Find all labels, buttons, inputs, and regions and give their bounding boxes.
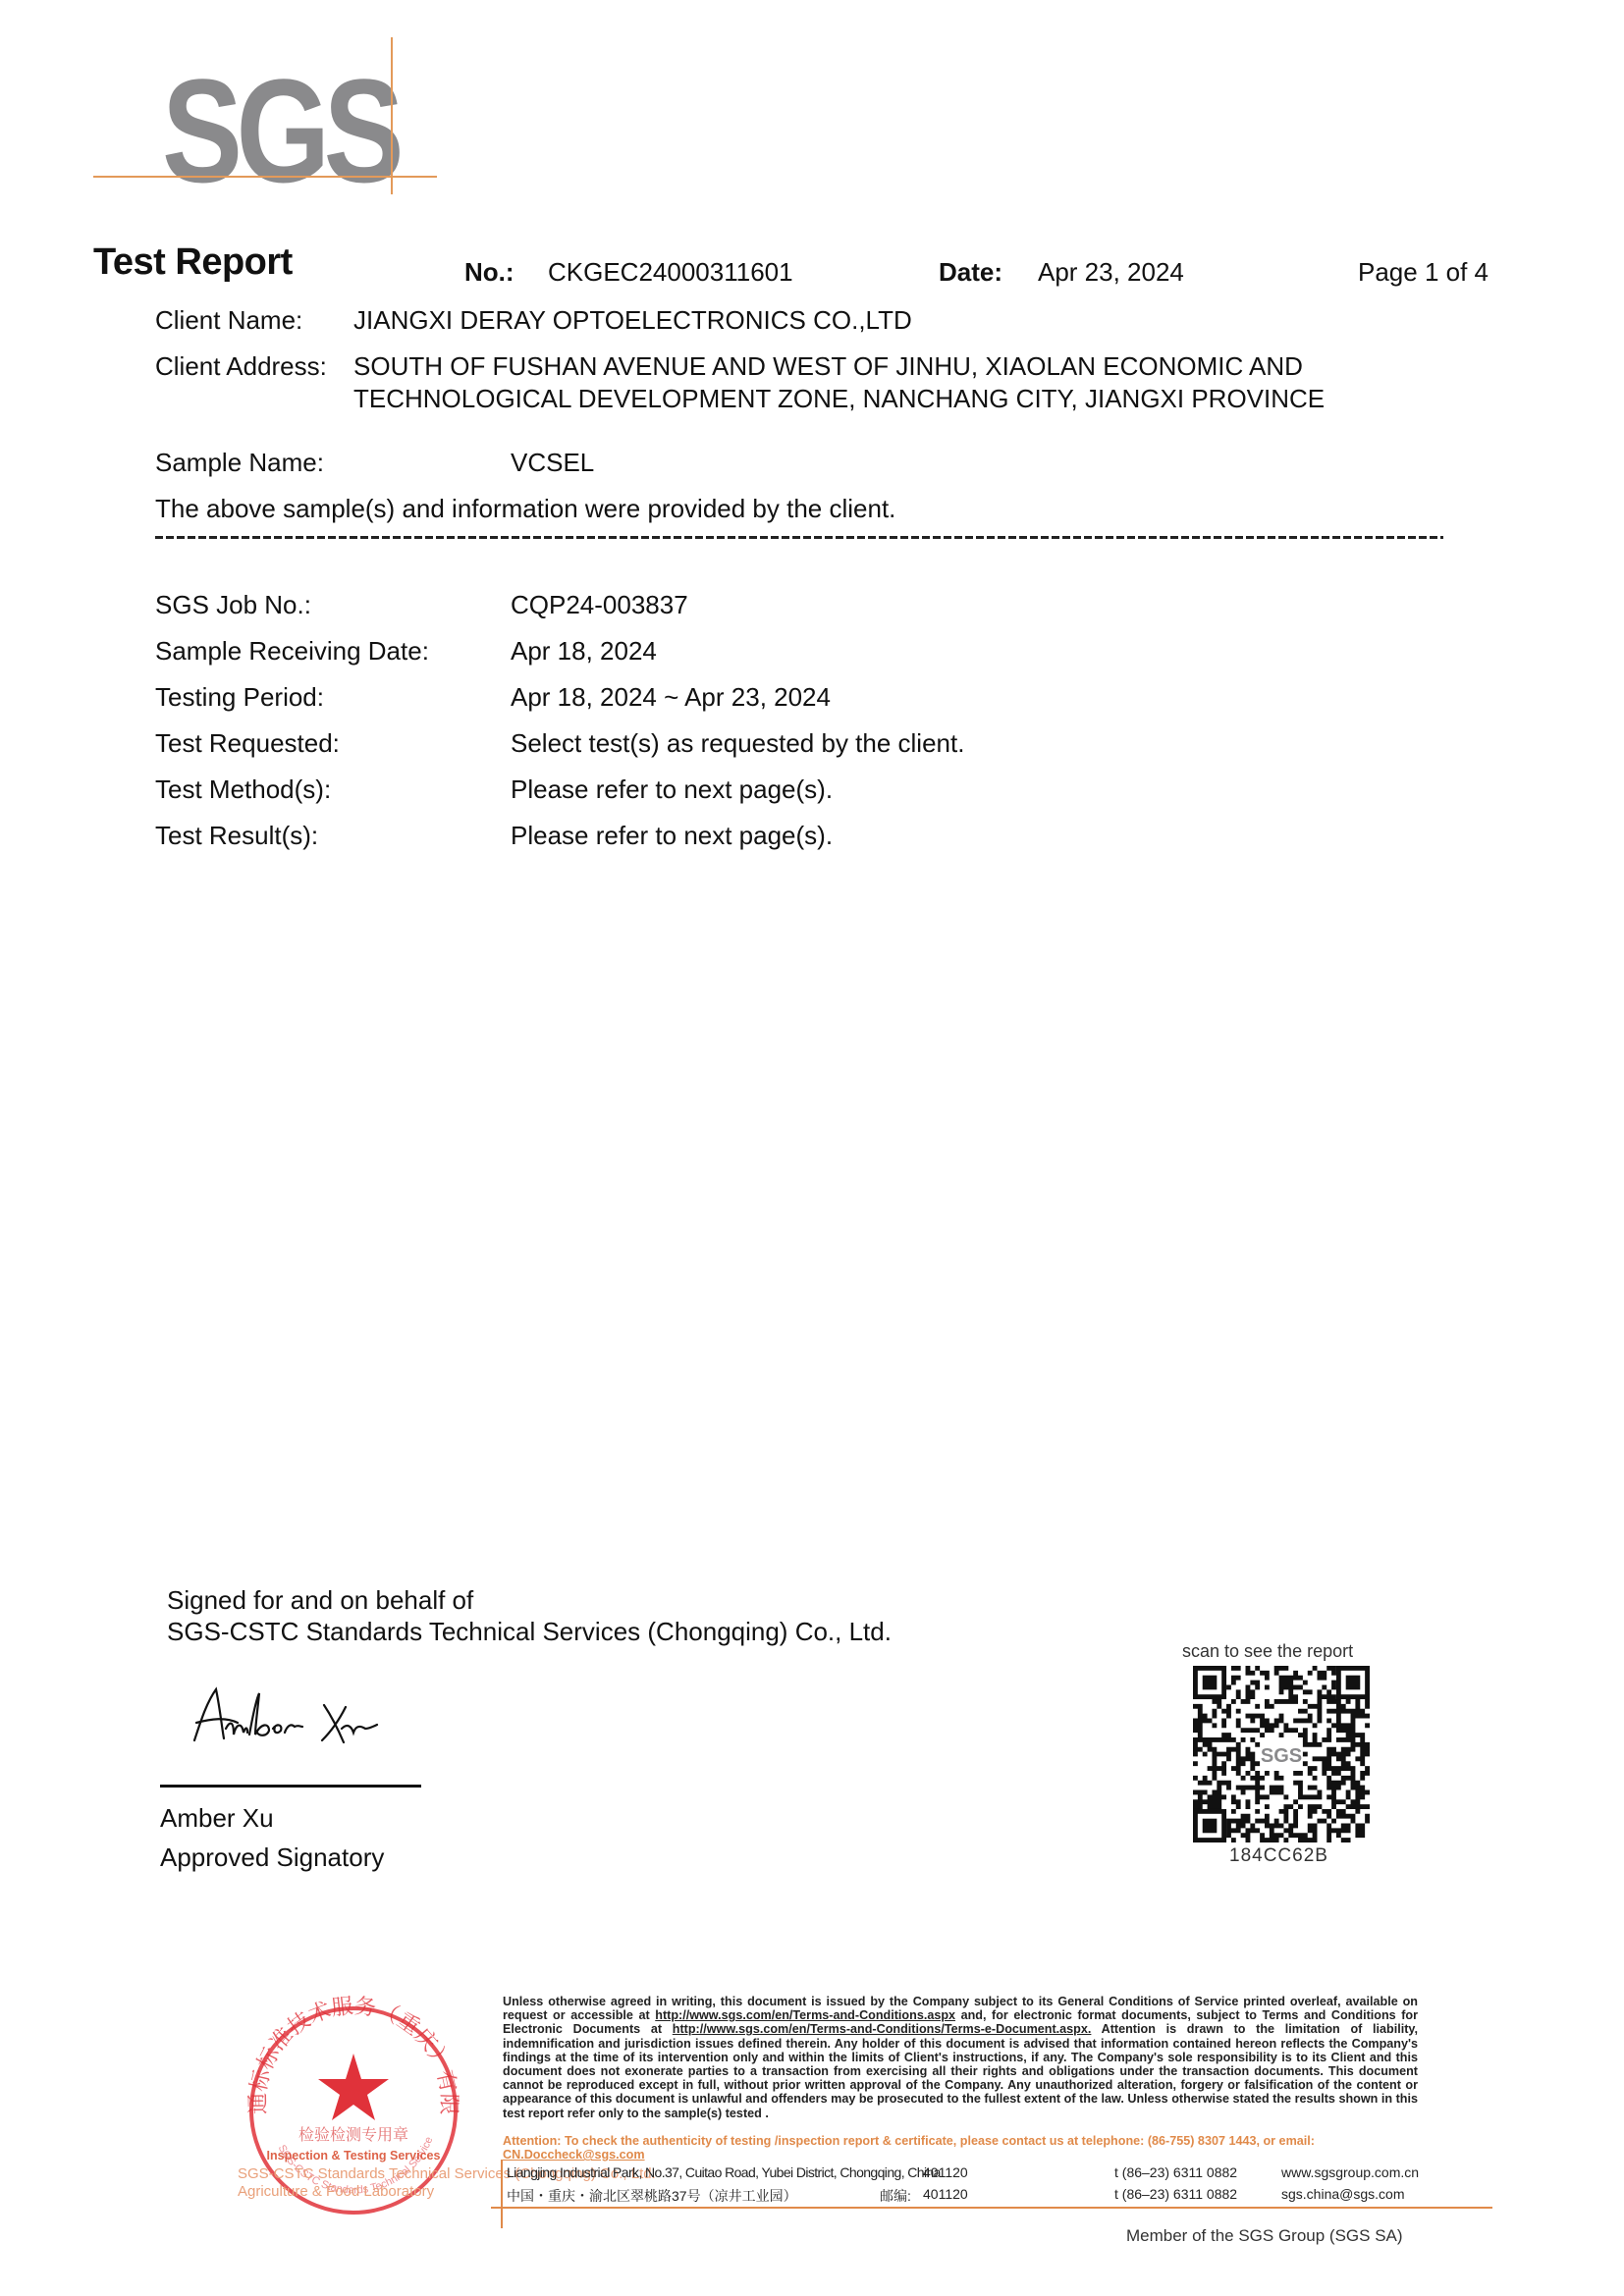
stamp-center-cn: 检验检测专用章 bbox=[298, 2125, 408, 2144]
signatory-title: Approved Signatory bbox=[160, 1842, 384, 1873]
report-date-label: Date: bbox=[939, 257, 1002, 288]
logo-horizontal-rule bbox=[93, 176, 437, 178]
address-cn: 中国・重庆・渝北区翠桃路37号（凉井工业园） bbox=[507, 2186, 797, 2206]
attention-text: Attention: To check the authenticity of … bbox=[503, 2134, 1315, 2148]
report-title: Test Report bbox=[93, 241, 293, 284]
detail-label: SGS Job No.: bbox=[155, 589, 311, 620]
client-address-label: Client Address: bbox=[155, 350, 327, 382]
client-address-line2: TECHNOLOGICAL DEVELOPMENT ZONE, NANCHANG… bbox=[353, 383, 1325, 414]
detail-label: Test Requested: bbox=[155, 727, 340, 759]
detail-value: CQP24-003837 bbox=[511, 589, 688, 620]
authenticity-notice: Attention: To check the authenticity of … bbox=[503, 2134, 1426, 2162]
legal-disclaimer: Unless otherwise agreed in writing, this… bbox=[503, 1995, 1418, 2120]
phone-1: t (86–23) 6311 0882 bbox=[1114, 2164, 1237, 2180]
report-number: CKGEC24000311601 bbox=[548, 257, 793, 288]
postcode-en: 401120 bbox=[923, 2164, 968, 2180]
phone-2: t (86–23) 6311 0882 bbox=[1114, 2186, 1237, 2202]
logo-vertical-rule bbox=[391, 37, 393, 194]
postcode-cn-label: 邮编: bbox=[880, 2186, 911, 2206]
signatory-name: Amber Xu bbox=[160, 1802, 274, 1834]
member-of-group: Member of the SGS Group (SGS SA) bbox=[1126, 2226, 1403, 2246]
qr-caption: scan to see the report bbox=[1182, 1641, 1353, 1662]
client-address-line1: SOUTH OF FUSHAN AVENUE AND WEST OF JINHU… bbox=[353, 350, 1303, 382]
detail-label: Testing Period: bbox=[155, 681, 324, 713]
sample-provided-note: The above sample(s) and information were… bbox=[155, 493, 895, 524]
signed-line-1: Signed for and on behalf of bbox=[167, 1584, 892, 1616]
sample-name: VCSEL bbox=[511, 447, 594, 478]
detail-label: Test Method(s): bbox=[155, 774, 331, 805]
client-name: JIANGXI DERAY OPTOELECTRONICS CO.,LTD bbox=[353, 304, 912, 336]
detail-label: Test Result(s): bbox=[155, 820, 318, 851]
e-document-terms-link[interactable]: http://www.sgs.com/en/Terms-and-Conditio… bbox=[673, 2022, 1092, 2036]
handwritten-signature bbox=[187, 1683, 403, 1752]
qr-center-logo: SGS bbox=[1261, 1745, 1302, 1767]
terms-link[interactable]: http://www.sgs.com/en/Terms-and-Conditio… bbox=[655, 2008, 955, 2022]
qr-verification-code: 184CC62B bbox=[1229, 1845, 1328, 1867]
footer-vertical-rule bbox=[501, 2160, 503, 2228]
client-name-label: Client Name: bbox=[155, 304, 302, 336]
signed-line-2: SGS-CSTC Standards Technical Services (C… bbox=[167, 1616, 892, 1647]
detail-value: Apr 18, 2024 ~ Apr 23, 2024 bbox=[511, 681, 831, 713]
page-indicator: Page 1 of 4 bbox=[1358, 257, 1489, 288]
report-number-label: No.: bbox=[464, 257, 514, 288]
address-en: Liangjing Industrial Park, No.37, Cuitao… bbox=[507, 2164, 941, 2180]
sample-name-label: Sample Name: bbox=[155, 447, 324, 478]
dashed-separator bbox=[155, 536, 1443, 539]
footer-horizontal-rule bbox=[491, 2207, 1492, 2209]
legal-text-3: Attention is drawn to the limitation of … bbox=[503, 2022, 1418, 2119]
detail-label: Sample Receiving Date: bbox=[155, 635, 429, 667]
report-date: Apr 23, 2024 bbox=[1038, 257, 1184, 288]
qr-code[interactable]: SGS bbox=[1188, 1666, 1375, 1842]
detail-value: Please refer to next page(s). bbox=[511, 820, 833, 851]
contact-email[interactable]: sgs.china@sgs.com bbox=[1281, 2186, 1404, 2202]
doccheck-email-link[interactable]: CN.Doccheck@sgs.com bbox=[503, 2148, 645, 2162]
signed-on-behalf: Signed for and on behalf of SGS-CSTC Sta… bbox=[167, 1584, 892, 1647]
website[interactable]: www.sgsgroup.com.cn bbox=[1281, 2164, 1419, 2180]
signature-line bbox=[160, 1785, 421, 1788]
sgs-logo: SGS bbox=[93, 37, 447, 194]
detail-value: Please refer to next page(s). bbox=[511, 774, 833, 805]
postcode-cn: 401120 bbox=[923, 2186, 968, 2202]
sgs-logo-text: SGS bbox=[162, 57, 398, 204]
detail-value: Apr 18, 2024 bbox=[511, 635, 657, 667]
detail-value: Select test(s) as requested by the clien… bbox=[511, 727, 964, 759]
